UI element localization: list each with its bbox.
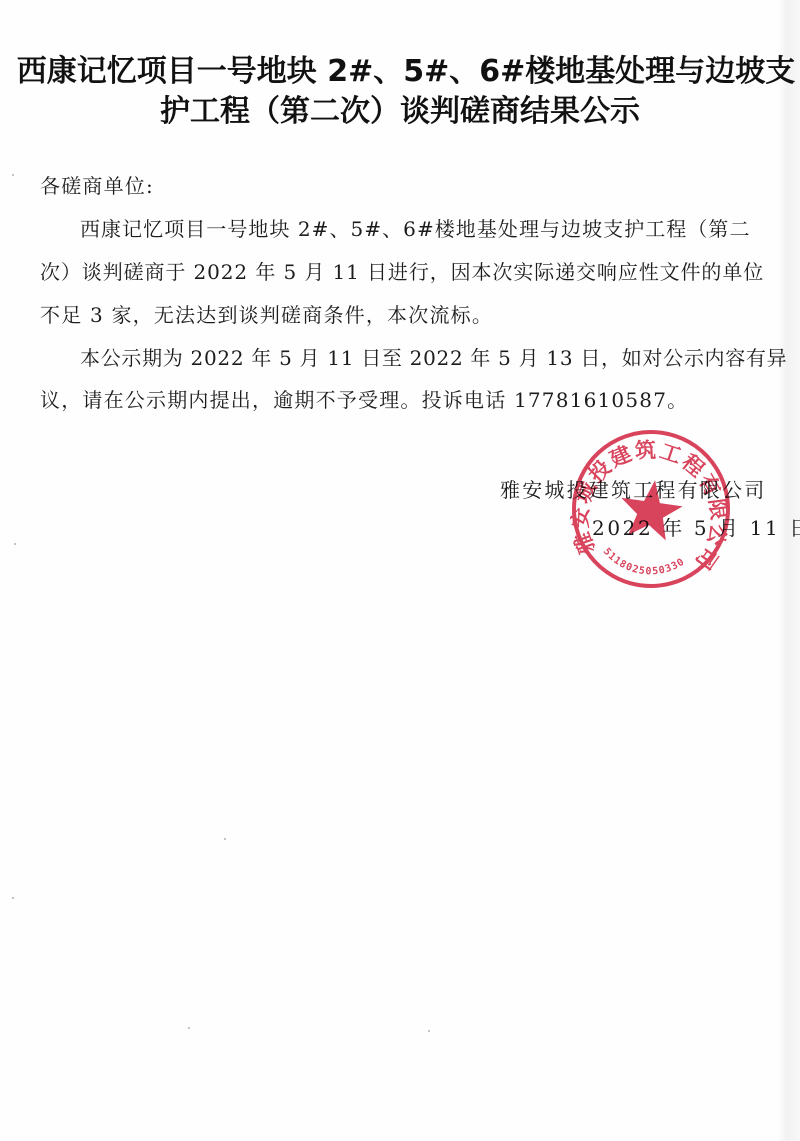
scan-speck [428, 1030, 430, 1032]
salutation: 各磋商单位: [40, 174, 154, 198]
scan-speck [14, 543, 16, 545]
official-seal-stamp: 雅安城投建筑工程有限公司 5118025050330 [570, 428, 732, 590]
scan-speck [12, 897, 14, 899]
document-title-line-2: 护工程（第二次）谈判磋商结果公示 [0, 86, 800, 130]
scan-speck [12, 174, 14, 176]
star-icon [616, 476, 685, 542]
document-title-line-1: 西康记忆项目一号地块 2#、5#、6#楼地基处理与边坡支 [6, 46, 800, 90]
paragraph-1-line-2: 次）谈判磋商于 2022 年 5 月 11 日进行，因本次实际递交响应性文件的单… [40, 260, 764, 284]
scan-speck [224, 838, 226, 840]
paragraph-2-line-2: 议，请在公示期内提出，逾期不予受理。投诉电话 17781610587。 [40, 388, 688, 412]
paragraph-2-line-1: 本公示期为 2022 年 5 月 11 日至 2022 年 5 月 13 日，如… [80, 346, 787, 370]
scan-edge-shadow [778, 0, 800, 1141]
paragraph-1-line-1: 西康记忆项目一号地块 2#、5#、6#楼地基处理与边坡支护工程（第二 [80, 217, 751, 241]
paragraph-1-line-3: 不足 3 家，无法达到谈判磋商条件，本次流标。 [40, 303, 493, 327]
document-page: 西康记忆项目一号地块 2#、5#、6#楼地基处理与边坡支 护工程（第二次）谈判磋… [0, 0, 800, 1141]
scan-speck [188, 1027, 190, 1029]
